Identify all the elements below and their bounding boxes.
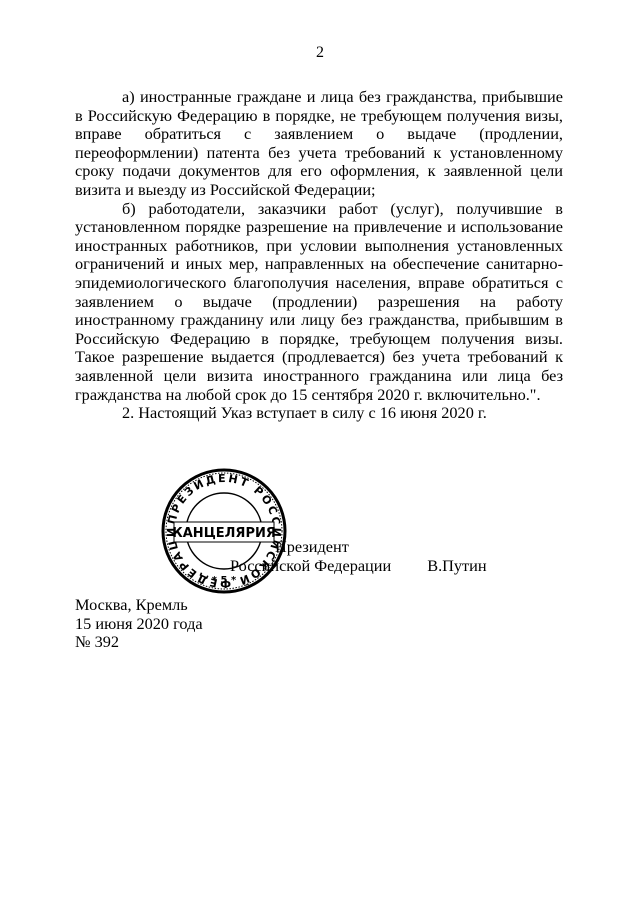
signature-title-country: Российской Федерации bbox=[230, 556, 391, 575]
document-footer: Москва, Кремль 15 июня 2020 года № 392 bbox=[75, 596, 203, 652]
document-page: 2 а) иностранные граждане и лица без гра… bbox=[0, 0, 640, 905]
signature-title-line1: Президент bbox=[230, 538, 487, 557]
issue-date: 15 июня 2020 года bbox=[75, 615, 203, 634]
paragraph-2: 2. Настоящий Указ вступает в силу с 16 и… bbox=[75, 404, 563, 423]
paragraph-b: б) работодатели, заказчики работ (услуг)… bbox=[75, 200, 563, 405]
signatory-name: В.Путин bbox=[427, 556, 486, 575]
paragraph-a: а) иностранные граждане и лица без гражд… bbox=[75, 88, 563, 200]
decree-number: № 392 bbox=[75, 633, 203, 652]
page-number: 2 bbox=[0, 44, 640, 62]
document-body: а) иностранные граждане и лица без гражд… bbox=[75, 88, 563, 423]
issue-place: Москва, Кремль bbox=[75, 596, 203, 615]
signature-title-line2: Российской ФедерацииВ.Путин bbox=[230, 557, 487, 576]
official-stamp: ПРЕЗИДЕНТ РОССИЙСКОЙ ФЕДЕРАЦИИ КАНЦЕЛЯРИ… bbox=[160, 467, 288, 595]
signature-block: Президент Российской ФедерацииВ.Путин bbox=[230, 538, 487, 575]
svg-text:* 5 *: * 5 * bbox=[212, 575, 237, 586]
stamp-seal-icon: ПРЕЗИДЕНТ РОССИЙСКОЙ ФЕДЕРАЦИИ КАНЦЕЛЯРИ… bbox=[160, 467, 288, 595]
